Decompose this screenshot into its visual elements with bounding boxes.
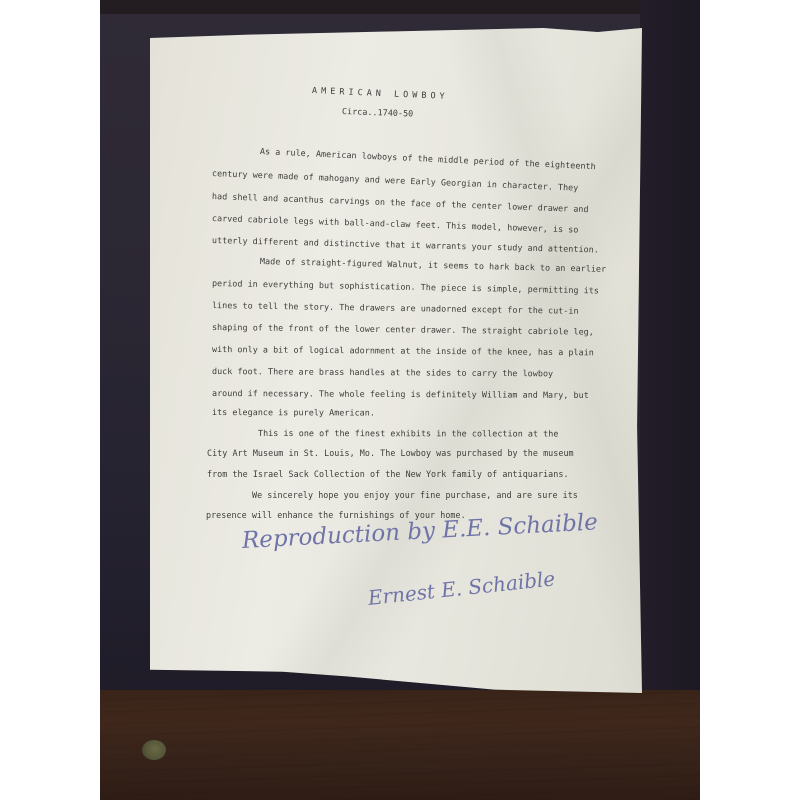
wood-grain — [100, 690, 700, 800]
small-object-on-table — [142, 740, 166, 760]
fabric-top-edge — [100, 0, 700, 14]
body-line: We sincerely hope you enjoy your fine pu… — [252, 490, 578, 500]
body-line: around if necessary. The whole feeling i… — [212, 388, 589, 400]
body-line: its elegance is purely American. — [212, 407, 375, 418]
wood-table-surface — [100, 690, 700, 800]
photograph: AMERICAN LOWBOY Circa..1740-50 As a rule… — [100, 0, 700, 800]
fabric-right-shadow — [640, 0, 700, 700]
body-line: This is one of the finest exhibits in th… — [258, 428, 558, 439]
typewritten-letter: AMERICAN LOWBOY Circa..1740-50 As a rule… — [150, 28, 642, 693]
body-line: City Art Museum in St. Louis, Mo. The Lo… — [207, 448, 574, 458]
body-line: from the Israel Sack Collection of the N… — [207, 469, 569, 479]
